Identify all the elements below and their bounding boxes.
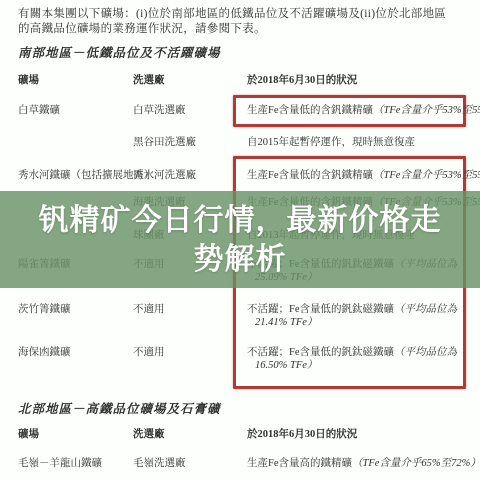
status-note: （TFe含量介乎65%至72%）	[352, 458, 480, 469]
plant-cell: 白草洗選廠	[133, 104, 233, 117]
status-main: 生產Fe含量低的含釩鐵精礦	[247, 105, 373, 116]
document-page: 有關本集團以下礦場：(i)位於南部地區的低鐵品位及不活躍礦場及(ii)位於北部地…	[0, 0, 480, 480]
status-main: 自2015年起暫停運作，現時無意復產	[247, 137, 415, 148]
status-note: （TFe含量介乎53%至55%）	[373, 170, 480, 181]
headline-line-2: 势解析	[194, 240, 287, 279]
intro-line-2: 的高鐵品位礦場的業務運作狀況，請參閱下表。	[18, 22, 470, 37]
plant-cell: 秀水河洗選廠	[133, 169, 233, 182]
headline-line-1: 钒精矿今日行情，最新价格走	[39, 201, 442, 240]
status-main: 不活躍；Fe含量低的釩鈦磁鐵礦	[247, 347, 394, 358]
status-cell: 生產Fe含量高的鐵精礦（TFe含量介乎65%至72%）	[247, 457, 463, 470]
headline-overlay-banner: 钒精矿今日行情，最新价格走 势解析	[0, 191, 480, 288]
intro-line-1: 有關本集團以下礦場：(i)位於南部地區的低鐵品位及不活躍礦場及(ii)位於北部地…	[18, 7, 470, 22]
mine-cell: 茨竹箐鐵礦	[18, 303, 138, 316]
plant-cell: 黑谷田洗選廠	[133, 136, 233, 149]
column-header-plant: 洗選廠	[133, 428, 233, 441]
column-header-status: 於2018年6月30日的狀況	[247, 74, 463, 87]
status-cell: 自2015年起暫停運作，現時無意復產	[247, 136, 463, 149]
intro-paragraph: 有關本集團以下礦場：(i)位於南部地區的低鐵品位及不活躍礦場及(ii)位於北部地…	[18, 7, 470, 36]
column-header-plant: 洗選廠	[133, 74, 233, 87]
column-header-status: 於2018年6月30日的狀況	[247, 428, 463, 441]
north-section-heading: 北部地區－高鐵品位礦場及石膏礦	[18, 399, 221, 417]
status-cell: 生產Fe含量低的含釩鐵精礦（TFe含量介乎53%至55%）	[247, 104, 463, 117]
plant-cell: 不適用	[133, 303, 233, 316]
mine-cell: 海保凼鐵礦	[18, 346, 138, 359]
status-cell: 不活躍；Fe含量低的釩鈦磁鐵礦（平均品位為16.50% TFe）	[247, 346, 471, 372]
status-cell: 不活躍；Fe含量低的釩鈦磁鐵礦（平均品位為21.41% TFe）	[247, 303, 471, 329]
status-main: 不活躍；Fe含量低的釩鈦磁鐵礦	[247, 304, 394, 315]
mine-cell: 白草鐵礦	[18, 104, 138, 117]
mine-cell: 秀水河鐵礦（包括擴展地區）	[18, 169, 138, 182]
plant-cell: 不適用	[133, 346, 233, 359]
status-cell: 生產Fe含量低的含釩鐵精礦（TFe含量介乎53%至55%）	[247, 169, 463, 182]
south-section-heading: 南部地區－低鐵品位及不活躍礦場	[18, 43, 221, 61]
status-main: 生產Fe含量高的鐵精礦	[247, 458, 352, 469]
column-header-mine: 礦場	[18, 74, 138, 87]
column-header-mine: 礦場	[18, 428, 138, 441]
status-note: （TFe含量介乎53%至55%）	[373, 105, 480, 116]
status-main: 生產Fe含量低的含釩鐵精礦	[247, 170, 373, 181]
south-table-header: 礦場 洗選廠 於2018年6月30日的狀況	[0, 74, 480, 88]
plant-cell: 毛嶺洗選廠	[133, 457, 233, 470]
mine-cell: 毛嶺－羊龍山鐵礦	[18, 457, 138, 470]
